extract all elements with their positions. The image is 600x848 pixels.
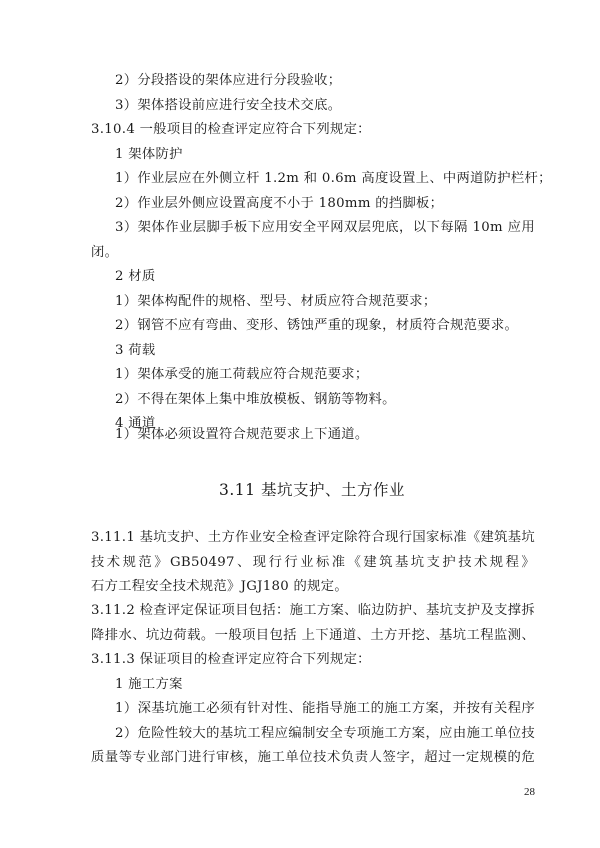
list-item-steel-pipe: 2）钢管不应有弯曲、变形、锈蚀严重的现象，材质符合规范要求。	[115, 317, 535, 335]
page-number: 28	[524, 785, 535, 799]
list-item-special-plan-line-1: 2）危险性较大的基坑工程应编制安全专项施工方案，应由施工单位技术、安全、	[115, 725, 535, 743]
clause-3-11-2-line-1: 3.11.2 检查评定保证项目包括：施工方案、临边防护、基坑支护及支撑拆除、基坑	[91, 602, 535, 620]
section-heading-3-11: 3.11 基坑支护、土方作业	[0, 480, 600, 500]
document-page: 2）分段搭设的架体应进行分段验收； 3）架体搭设前应进行安全技术交底。 3.10…	[0, 0, 600, 848]
list-item-guardrails: 1）作业层应在外侧立杆 1.2m 和 0.6m 高度设置上、中两道防护栏杆；	[115, 170, 535, 188]
list-item-access-passage: 1）架体必须设置符合规范要求上下通道。	[115, 426, 535, 444]
list-item-toe-board: 2）作业层外侧应设置高度不小于 180mm 的挡脚板；	[115, 195, 535, 213]
list-item-special-plan-line-2: 质量等专业部门进行审核，施工单位技术负责人签字，超过一定规模的危险性较大的	[91, 749, 535, 767]
clause-3-11-3: 3.11.3 保证项目的检查评定应符合下列规定：	[91, 651, 535, 669]
list-item-construction-load: 1）架体承受的施工荷载应符合规范要求；	[115, 366, 535, 384]
list-item-3-safety-briefing: 3）架体搭设前应进行安全技术交底。	[115, 97, 535, 115]
subheading-load: 3 荷载	[115, 342, 535, 360]
subheading-construction-plan: 1 施工方案	[115, 676, 535, 694]
list-item-no-stacking: 2）不得在架体上集中堆放模板、钢筋等物料。	[115, 391, 535, 409]
list-item-safety-net: 3）架体作业层脚手板下应用安全平网双层兜底，以下每隔 10m 应用安全平网封	[115, 219, 535, 237]
clause-3-10-4: 3.10.4 一般项目的检查评定应符合下列规定：	[91, 121, 535, 139]
list-item-safety-net-continued: 闭。	[91, 244, 535, 262]
clause-3-11-1-line-1: 3.11.1 基坑支护、土方作业安全检查评定除符合现行国家标准《建筑基坑工程监测	[91, 529, 535, 547]
clause-3-11-1-line-2: 技术规范》GB50497、现行行业标准《建筑基坑支护技术规程》JGJ120、《建…	[91, 554, 535, 572]
clause-3-11-1-line-3: 石方工程安全技术规范》JGJ180 的规定。	[91, 578, 535, 596]
list-item-2-staged-inspection: 2）分段搭设的架体应进行分段验收；	[115, 72, 535, 90]
clause-3-11-2-line-2: 降排水、坑边荷载。一般项目包括 上下通道、土方开挖、基坑工程监测、作业环境。	[91, 627, 535, 645]
subheading-material: 2 材质	[115, 268, 535, 286]
list-item-component-specs: 1）架体构配件的规格、型号、材质应符合规范要求；	[115, 293, 535, 311]
list-item-deep-pit-plan: 1）深基坑施工必须有针对性、能指导施工的施工方案，并按有关程序进行审批；	[115, 700, 535, 718]
subheading-frame-protection: 1 架体防护	[115, 146, 535, 164]
